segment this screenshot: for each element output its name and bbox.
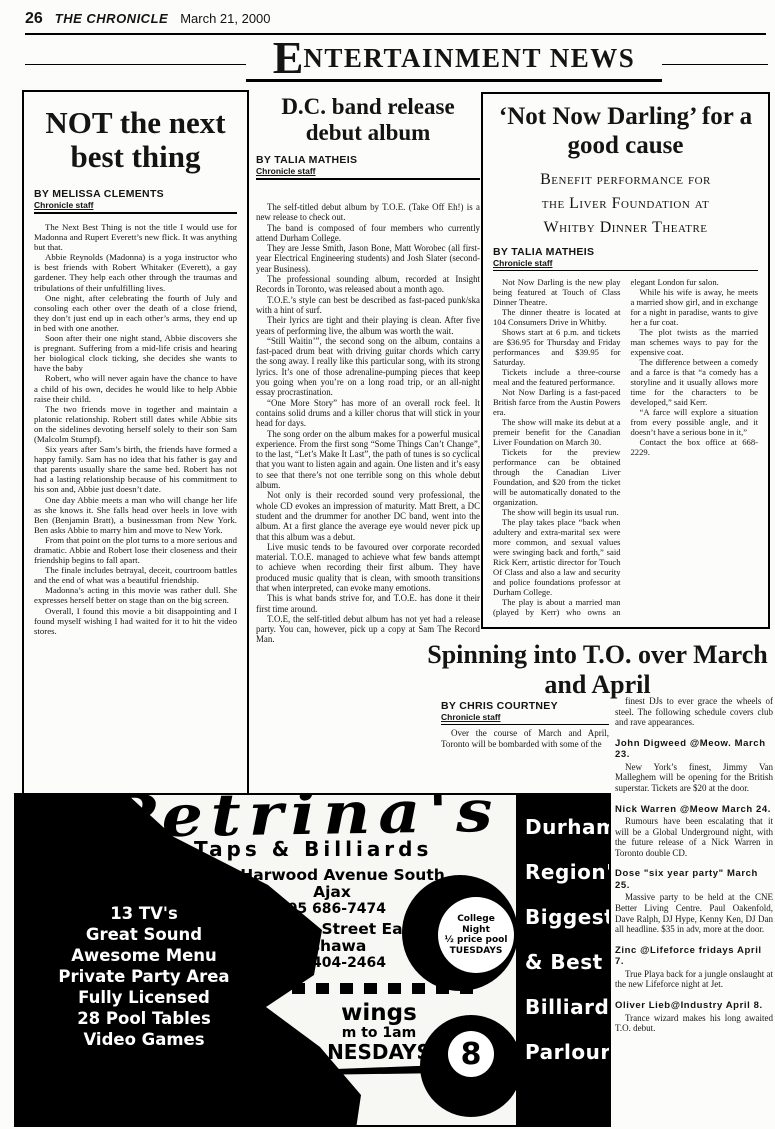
ad-feature: Fully Licensed xyxy=(28,987,260,1008)
paragraph: Soon after their one night stand, Abbie … xyxy=(34,333,237,373)
dj-listings: John Digweed @Meow. March 23. New York’s… xyxy=(615,738,773,1034)
dj-listing-heading: Oliver Lieb@Industry April 8. xyxy=(615,1000,773,1012)
ad-side-word: Biggest xyxy=(525,895,611,940)
badge-text: CollegeNight½ price poolTUESDAYS xyxy=(438,897,514,973)
paragraph: Shows start at 6 p.m. and tickets are $3… xyxy=(493,327,621,367)
paragraph: One day Abbie meets a man who will chang… xyxy=(34,495,237,535)
staff-credit: Chronicle staff xyxy=(256,166,480,176)
paragraph: The play takes place “back when adultery… xyxy=(493,517,621,597)
ad-feature: Private Party Area xyxy=(28,966,260,987)
eight-ball-icon: 8 xyxy=(420,1015,522,1117)
dj-intro-left: Over the course of March and April, Toro… xyxy=(441,728,609,749)
dj-article-right-column: finest DJs to ever grace the wheels of s… xyxy=(615,696,773,1124)
movie-review-byline-block: BY MELISSA CLEMENTS Chronicle staff xyxy=(34,188,237,214)
dj-listing: Zinc @Lifeforce fridays April 7. True Pl… xyxy=(615,945,773,990)
ad-feature-list: 13 TV'sGreat SoundAwesome MenuPrivate Pa… xyxy=(28,903,260,1050)
staff-credit: Chronicle staff xyxy=(34,200,237,210)
paragraph: The dinner theatre is located at 104 Con… xyxy=(493,307,621,327)
dj-listing-heading: Zinc @Lifeforce fridays April 7. xyxy=(615,945,773,968)
paragraph: T.O.E.’s style can best be described as … xyxy=(256,295,480,316)
ad-side-word: & Best xyxy=(525,940,611,985)
paragraph: One night, after celebrating the fourth … xyxy=(34,293,237,333)
eight-ball-number: 8 xyxy=(448,1031,494,1077)
article-movie-review: NOT the next best thing BY MELISSA CLEME… xyxy=(22,90,249,809)
dj-listing-body: Massive party to be held at the CNE Bett… xyxy=(615,892,773,934)
paragraph: This is what bands strive for, and T.O.E… xyxy=(256,593,480,614)
ad-tagline: Taps & Billiards xyxy=(194,837,494,861)
badge-line: Night xyxy=(462,925,490,936)
badge-line: ½ price pool xyxy=(445,935,508,946)
billiards-advertisement: DurhamRegion'sBiggest& BestBilliardParlo… xyxy=(14,793,611,1127)
dj-listing: Dose "six year party" March 25. Massive … xyxy=(615,868,773,934)
staff-credit: Chronicle staff xyxy=(441,712,609,722)
paragraph: Madonna’s acting in this movie was rathe… xyxy=(34,585,237,605)
paragraph: They are Jesse Smith, Jason Bone, Matt W… xyxy=(256,243,480,274)
ad-side-word: Region's xyxy=(525,850,611,895)
subtitle-line: Benefit performance for xyxy=(493,168,758,192)
paragraph: The difference between a comedy and a fa… xyxy=(631,357,759,407)
paragraph: Overall, I found this movie a bit disapp… xyxy=(34,606,237,636)
paragraph: The self-titled debut album by T.O.E. (T… xyxy=(256,202,480,223)
paragraph: Contact the box office at 668-2229. xyxy=(631,437,759,457)
paragraph: From that point on the plot turns to a m… xyxy=(34,535,237,565)
badge-line: College xyxy=(457,914,495,925)
play-byline-block: BY TALIA MATHEIS Chronicle staff xyxy=(493,246,758,271)
ad-side-word: Parlour xyxy=(525,1030,611,1075)
play-body: Not Now Darling is the new play being fe… xyxy=(493,277,758,619)
paragraph: Six years after Sam’s birth, the friends… xyxy=(34,444,237,494)
byline: BY MELISSA CLEMENTS xyxy=(34,188,237,200)
dj-listing-body: True Playa back for a jungle onslaught a… xyxy=(615,969,773,990)
dj-byline-block: BY CHRIS COURTNEY Chronicle staff xyxy=(441,700,609,725)
paragraph: Tickets include a three-course meal and … xyxy=(493,367,621,387)
subtitle-line: Whitby Dinner Theatre xyxy=(493,216,758,240)
album-review-body: The self-titled debut album by T.O.E. (T… xyxy=(256,202,480,645)
paragraph: Not Now Darling is the new play being fe… xyxy=(493,277,621,307)
dj-listing-heading: John Digweed @Meow. March 23. xyxy=(615,738,773,761)
paragraph: “One More Story” has more of an overall … xyxy=(256,398,480,429)
ad-feature: 28 Pool Tables xyxy=(28,1008,260,1029)
dj-article-left-column: BY CHRIS COURTNEY Chronicle staff Over t… xyxy=(441,700,609,749)
dj-listing: John Digweed @Meow. March 23. New York’s… xyxy=(615,738,773,794)
byline: BY CHRIS COURTNEY xyxy=(441,700,609,712)
article-play-benefit: ‘Not Now Darling’ for a good cause Benef… xyxy=(481,92,770,629)
ad-feature: Awesome Menu xyxy=(28,945,260,966)
ad-feature: Video Games xyxy=(28,1029,260,1050)
play-headline: ‘Not Now Darling’ for a good cause xyxy=(493,102,758,160)
newspaper-page: 26 THE CHRONICLE March 21, 2000 ENTERTAI… xyxy=(0,0,775,1129)
dj-listing: Nick Warren @Meow March 24. Rumours have… xyxy=(615,804,773,859)
movie-review-headline: NOT the next best thing xyxy=(34,106,237,174)
paragraph: Not only is their recorded sound very pr… xyxy=(256,490,480,541)
subtitle-line: the Liver Foundation at xyxy=(493,192,758,216)
banner-drop-cap: E xyxy=(273,32,304,83)
promo-line: wings xyxy=(304,1001,454,1025)
pool-ball-badge-icon: CollegeNight½ price poolTUESDAYS xyxy=(402,875,518,991)
paragraph: Their lyrics are tight and their playing… xyxy=(256,315,480,336)
top-rule xyxy=(25,33,766,35)
paragraph: While his wife is away, he meets a marri… xyxy=(631,287,759,327)
paragraph: The professional sounding album, recorde… xyxy=(256,274,480,295)
paragraph: The plot twists as the married man schem… xyxy=(631,327,759,357)
page-number: 26 xyxy=(25,10,43,28)
album-review-headline: D.C. band release debut album xyxy=(256,94,480,146)
masthead: THE CHRONICLE xyxy=(55,11,168,26)
paragraph: The show will begin its usual run. xyxy=(493,507,621,517)
section-banner: ENTERTAINMENT NEWS xyxy=(246,38,662,82)
paragraph: “A farce will explore a situation from e… xyxy=(631,407,759,437)
album-review-byline-block: BY TALIA MATHEIS Chronicle staff xyxy=(256,154,480,180)
banner-text: NTERTAINMENT NEWS xyxy=(303,43,635,73)
staff-credit: Chronicle staff xyxy=(493,258,758,268)
paragraph: The two friends move in together and mai… xyxy=(34,404,237,444)
dj-listing-body: New York’s finest, Jimmy Van Malleghem w… xyxy=(615,762,773,794)
dj-listing-heading: Nick Warren @Meow March 24. xyxy=(615,804,773,816)
movie-review-body: The Next Best Thing is not the title I w… xyxy=(34,222,237,636)
issue-date: March 21, 2000 xyxy=(180,11,270,26)
dj-listing: Oliver Lieb@Industry April 8. Trance wiz… xyxy=(615,1000,773,1034)
page-info: 26 THE CHRONICLE March 21, 2000 xyxy=(25,10,271,28)
dj-listing-heading: Dose "six year party" March 25. xyxy=(615,868,773,891)
play-subtitle: Benefit performance for the Liver Founda… xyxy=(493,168,758,240)
paragraph: Abbie Reynolds (Madonna) is a yoga instr… xyxy=(34,252,237,292)
paragraph: Robert, who will never again have the ch… xyxy=(34,373,237,403)
dj-article-headline: Spinning into T.O. over March and April xyxy=(420,640,775,700)
paragraph: “Still Waitin’”, the second song on the … xyxy=(256,336,480,398)
ad-side-panel: DurhamRegion'sBiggest& BestBilliardParlo… xyxy=(516,795,611,1127)
paragraph: The Next Best Thing is not the title I w… xyxy=(34,222,237,252)
paragraph: Live music tends to be favoured over cor… xyxy=(256,542,480,593)
paragraph: The finale includes betrayal, deceit, co… xyxy=(34,565,237,585)
byline: BY TALIA MATHEIS xyxy=(493,246,758,258)
badge-line: TUESDAYS xyxy=(450,946,503,957)
ad-feature: 13 TV's xyxy=(28,903,260,924)
ad-side-word: Billiard xyxy=(525,985,611,1030)
paragraph: The song order on the album makes for a … xyxy=(256,429,480,491)
paragraph: Tickets for the preview performance can … xyxy=(493,447,621,507)
paragraph: Not Now Darling is a fast-paced British … xyxy=(493,387,621,417)
byline: BY TALIA MATHEIS xyxy=(256,154,480,166)
dj-listing-body: Rumours have been escalating that it wil… xyxy=(615,816,773,858)
paragraph: The band is composed of four members who… xyxy=(256,223,480,244)
paragraph: The show will make its debut at a premei… xyxy=(493,417,621,447)
dj-intro-right: finest DJs to ever grace the wheels of s… xyxy=(615,696,773,728)
dj-listing-body: Trance wizard makes his long awaited T.O… xyxy=(615,1013,773,1034)
ad-feature: Great Sound xyxy=(28,924,260,945)
